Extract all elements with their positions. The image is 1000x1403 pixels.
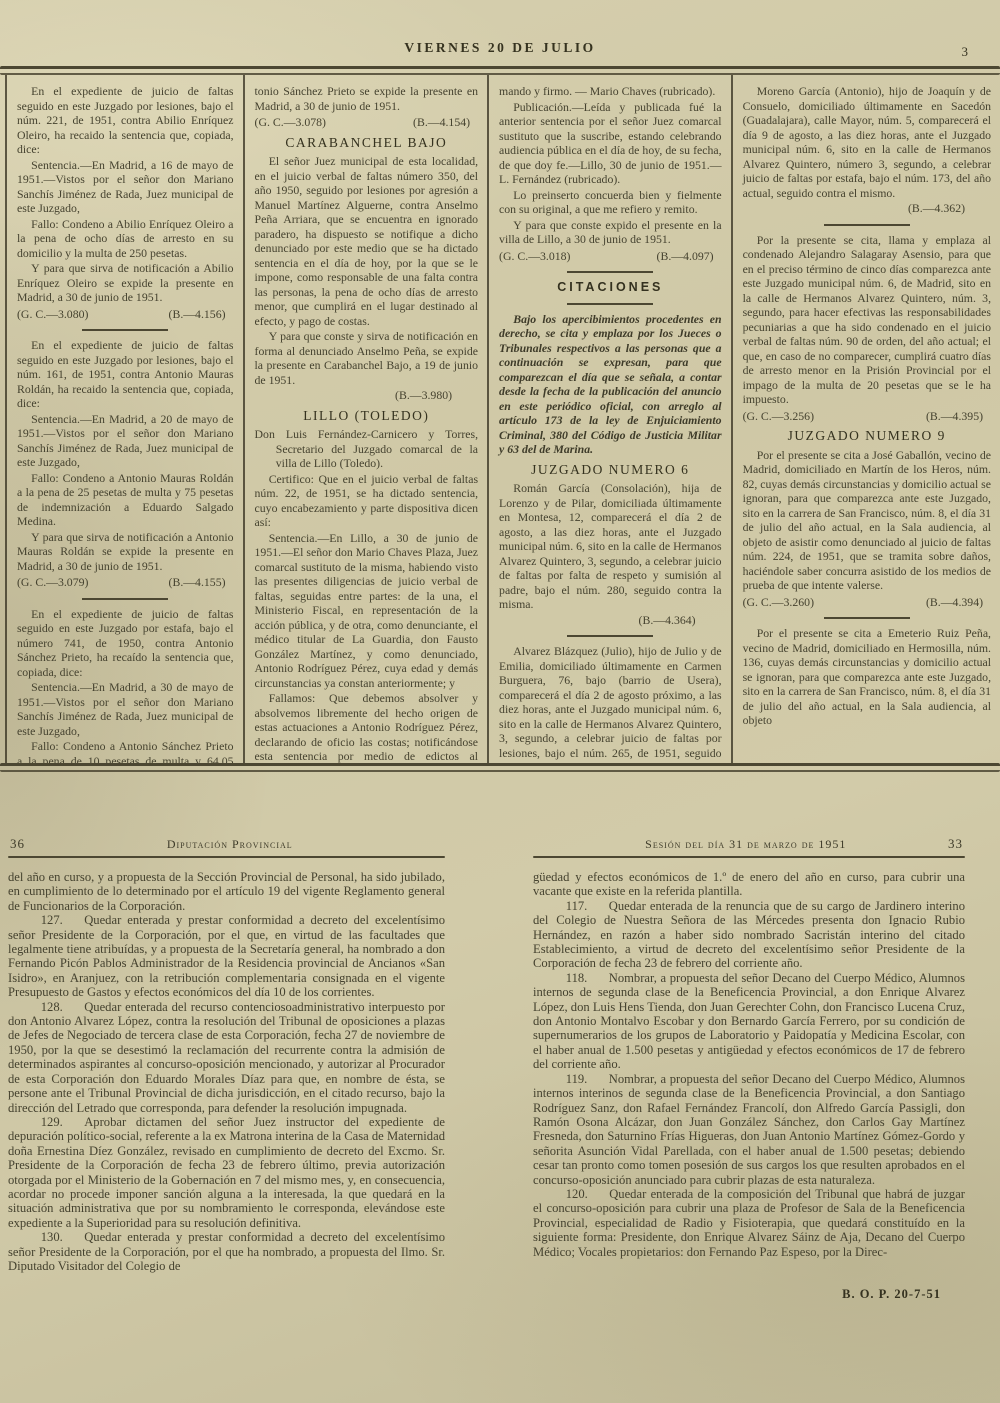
separator-rule (567, 271, 653, 273)
section-heading: JUZGADO NUMERO 9 (743, 429, 991, 444)
minute-number: 129. (41, 1115, 84, 1129)
minute-number: 119. (566, 1072, 609, 1086)
b-reference: (B.—4.362) (743, 201, 991, 216)
notice-paragraph: Alvarez Blázquez (Julio), hijo de Julio … (499, 644, 722, 763)
running-title-right: Sesión del día 31 de marzo de 1951 (544, 837, 949, 852)
notice-paragraph: Y para que conste expido el presente en … (499, 218, 722, 247)
section-heading: JUZGADO NUMERO 6 (499, 463, 722, 478)
gazette-page: VIERNES 20 DE JULIO 3 En el expediente d… (0, 0, 1000, 1403)
minute-item: 130.Quedar enterada y prestar conformida… (8, 1230, 445, 1273)
minutes-left-header: 36 Diputación Provincial (8, 836, 445, 852)
notice-paragraph: En el expediente de juicio de faltas seg… (17, 338, 234, 411)
minute-number: 117. (566, 899, 609, 913)
section-divider-rule (0, 763, 1000, 772)
notice-paragraph: Publicación.—Leída y publicada fué la an… (499, 100, 722, 187)
folio-number-left: 36 (10, 836, 25, 852)
minute-item: 118.Nombrar, a propuesta del señor Decan… (533, 971, 965, 1072)
citaciones-heading: CITACIONES (499, 280, 722, 295)
notice-paragraph: Lo preinserto concuerda bien y fielmente… (499, 188, 722, 217)
reference-numbers: (G. C.—3.018)(B.—4.097) (499, 249, 722, 264)
notice-paragraph: Y para que conste y sirva de notificació… (255, 329, 479, 387)
notice-paragraph: Sentencia.—En Madrid, a 20 de mayo de 19… (17, 412, 234, 470)
page-header: VIERNES 20 DE JULIO 3 (0, 0, 1000, 60)
minute-item: 120.Quedar enterada de la composición de… (533, 1187, 965, 1259)
reference-numbers: (G. C.—3.080)(B.—4.156) (17, 307, 234, 322)
notice-paragraph: Por la presente se cita, llama y emplaza… (743, 233, 991, 407)
section-heading: CARABANCHEL BAJO (255, 136, 479, 151)
notice-paragraph: Fallo: Condeno a Abilio Enríquez Oleiro … (17, 217, 234, 261)
minutes-left-rule (8, 856, 445, 858)
gc-reference: (G. C.—3.080) (17, 307, 88, 322)
minute-paragraph: güedad y efectos económicos de 1.º de en… (533, 870, 965, 899)
minute-item: 119.Nombrar, a propuesta del señor Decan… (533, 1072, 965, 1187)
notice-paragraph: mando y firmo. — Mario Chaves (rubricado… (499, 84, 722, 99)
page-header-title: VIERNES 20 DE JULIO (0, 40, 1000, 56)
notice-paragraph: Román García (Consolación), hija de Lore… (499, 481, 722, 612)
separator-rule (82, 598, 168, 600)
notice-paragraph: Bajo los apercibimientos procedentes en … (499, 312, 722, 457)
reference-numbers: (G. C.—3.256)(B.—4.395) (743, 409, 991, 424)
b-reference: (B.—4.394) (926, 595, 983, 610)
minutes-right-body: güedad y efectos económicos de 1.º de en… (533, 870, 965, 1259)
notice-paragraph: Don Luis Fernández-Carnicero y Torres, S… (255, 427, 479, 471)
running-title-left: Diputación Provincial (25, 837, 435, 852)
notice-paragraph: En el expediente de juicio de faltas seg… (17, 607, 234, 680)
notice-paragraph: Moreno García (Antonio), hijo de Joaquín… (743, 84, 991, 200)
separator-rule (824, 224, 910, 226)
minute-number: 128. (41, 1000, 84, 1014)
notice-paragraph: Fallo: Condeno a Antonio Mauras Roldán a… (17, 471, 234, 529)
minute-number: 130. (41, 1230, 84, 1244)
notice-paragraph: Sentencia.—En Lillo, a 30 de junio de 19… (255, 531, 479, 691)
bop-footer: B. O. P. 20-7-51 (533, 1287, 965, 1302)
gc-reference: (G. C.—3.079) (17, 575, 88, 590)
minute-number: 127. (41, 913, 84, 927)
separator-rule (82, 329, 168, 331)
minute-item: 129.Aprobar dictamen del señor Juez inst… (8, 1115, 445, 1230)
notice-paragraph: Y para que sirva de notificación a Anton… (17, 530, 234, 574)
folio-number-right: 33 (948, 836, 963, 852)
separator-rule (824, 617, 910, 619)
b-reference: (B.—4.156) (169, 307, 226, 322)
minute-number: 120. (566, 1187, 609, 1201)
section-heading: LILLO (TOLEDO) (255, 409, 479, 424)
gazette-column: tonio Sánchez Prieto se expide la presen… (243, 75, 488, 763)
notice-paragraph: Certifico: Que en el juicio verbal de fa… (255, 472, 479, 530)
notice-paragraph: Sentencia.—En Madrid, a 30 de mayo de 19… (17, 680, 234, 738)
b-reference: (B.—4.097) (657, 249, 714, 264)
b-reference: (B.—4.154) (413, 115, 470, 130)
header-rule (0, 66, 1000, 75)
notice-paragraph: Fallo: Condeno a Antonio Sánchez Prieto … (17, 739, 234, 763)
separator-rule (567, 635, 653, 637)
notice-paragraph: Fallamos: Que debemos absolver y absolve… (255, 691, 479, 763)
b-reference: (B.—4.395) (926, 409, 983, 424)
b-reference: (B.—3.980) (255, 388, 479, 403)
gazette-columns-section: En el expediente de juicio de faltas seg… (5, 75, 1000, 763)
minutes-right-rule (533, 856, 965, 858)
notice-paragraph: tonio Sánchez Prieto se expide la presen… (255, 84, 479, 113)
gazette-column: Moreno García (Antonio), hijo de Joaquín… (731, 75, 1000, 763)
notice-paragraph: Por el presente se cita a Emeterio Ruiz … (743, 626, 991, 728)
folio-spacer (535, 836, 544, 852)
notice-paragraph: Y para que sirva de notificación a Abili… (17, 261, 234, 305)
b-reference: (B.—4.155) (169, 575, 226, 590)
gazette-column: mando y firmo. — Mario Chaves (rubricado… (487, 75, 731, 763)
minute-item: 117.Quedar enterada de la renuncia que d… (533, 899, 965, 971)
reference-numbers: (G. C.—3.079)(B.—4.155) (17, 575, 234, 590)
b-reference: (B.—4.364) (499, 613, 722, 628)
minutes-left-page: 36 Diputación Provincial del año en curs… (8, 836, 445, 1302)
minutes-spread: 36 Diputación Provincial del año en curs… (0, 836, 1000, 1302)
minute-item: 128.Quedar enterada del recurso contenci… (8, 1000, 445, 1115)
gc-reference: (G. C.—3.260) (743, 595, 814, 610)
gc-reference: (G. C.—3.018) (499, 249, 570, 264)
notice-paragraph: En el expediente de juicio de faltas seg… (17, 84, 234, 157)
separator-rule (567, 303, 653, 305)
minutes-right-header: Sesión del día 31 de marzo de 1951 33 (533, 836, 965, 852)
reference-numbers: (G. C.—3.260)(B.—4.394) (743, 595, 991, 610)
folio-spacer (435, 836, 444, 852)
page-number: 3 (962, 44, 969, 60)
minutes-left-body: del año en curso, y a propuesta de la Se… (8, 870, 445, 1273)
gc-reference: (G. C.—3.078) (255, 115, 326, 130)
notice-paragraph: El señor Juez municipal de esta localida… (255, 154, 479, 328)
minute-item: 127.Quedar enterada y prestar conformida… (8, 913, 445, 999)
notice-paragraph: Sentencia.—En Madrid, a 16 de mayo de 19… (17, 158, 234, 216)
notice-paragraph: Por el presente se cita a José Gaballón,… (743, 448, 991, 593)
gazette-column: En el expediente de juicio de faltas seg… (7, 75, 243, 763)
minute-number: 118. (566, 971, 609, 985)
reference-numbers: (G. C.—3.078)(B.—4.154) (255, 115, 479, 130)
minutes-right-page: Sesión del día 31 de marzo de 1951 33 gü… (533, 836, 965, 1302)
gc-reference: (G. C.—3.256) (743, 409, 814, 424)
minute-paragraph: del año en curso, y a propuesta de la Se… (8, 870, 445, 913)
